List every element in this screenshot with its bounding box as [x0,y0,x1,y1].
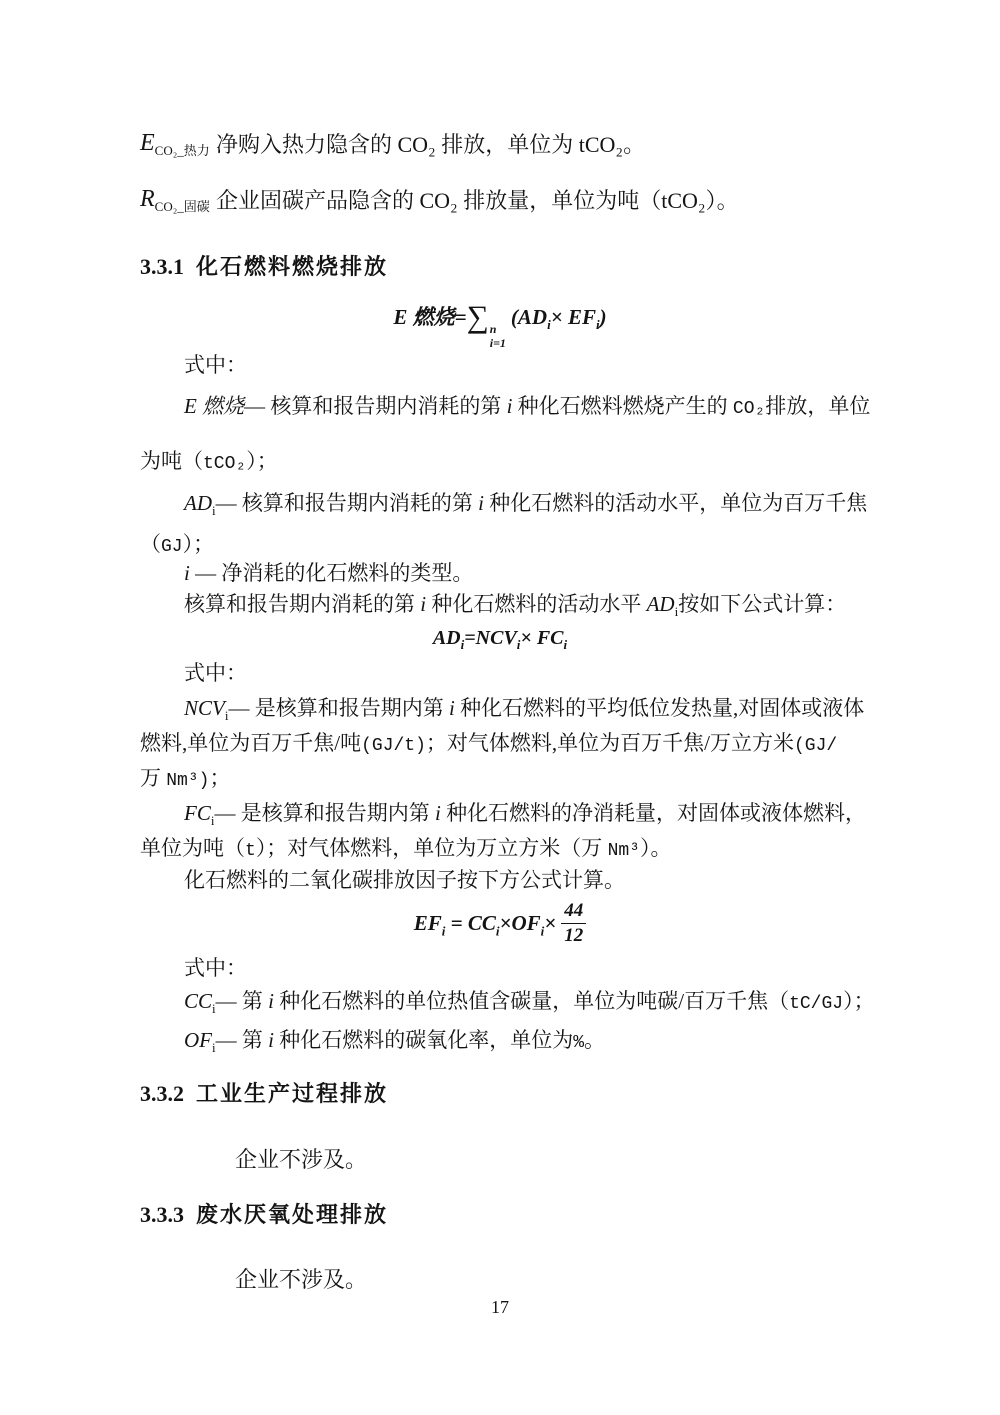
where-label: 式中： [140,954,908,982]
sigma-limits: ni=1 [490,323,506,351]
sigma-upper-limit: n [490,323,497,337]
fraction-numerator: 44 [561,900,586,924]
text-segment: 是核算和报告期内第 [255,696,449,720]
param-definition-ncv-line2: 燃料,单位为百万千焦/吨(GJ/t)；对气体燃料,单位为百万千焦/万立方米(GJ… [140,729,864,760]
term-subscript: CO₂_热力 [155,143,210,158]
param-definition-ncv-line3: 万 Nm³)； [140,764,864,795]
unit-nm3: Nm³ [608,841,640,861]
param-definition-cc: CCi— 第 i 种化石燃料的单位热值含碳量，单位为吨碳/百万千焦（tC/GJ）… [140,987,908,1023]
em-dash: — [216,1028,242,1052]
fraction-44-12: 4412 [561,900,586,947]
text-segment: 是核算和报告期内第 [241,801,435,825]
text-segment: 。 [584,1028,605,1052]
text-segment: ； [209,766,230,790]
param-definition-fc-line1: FCi— 是核算和报告期内第 i 种化石燃料的净消耗量，对固体或液体燃料， [140,799,908,835]
fraction-denominator: 12 [564,924,583,947]
unit-percent: % [573,1033,584,1053]
formula-lhs: E 燃烧 [393,305,454,329]
text-segment: 核算和报告期内消耗的第 [270,394,506,418]
term-symbol: R [140,186,155,212]
section-heading-3-3-1: 3.3.1化石燃料燃烧排放 [140,250,864,281]
text-segment: ）； [183,532,215,556]
param-definition-i: i — 净消耗的化石燃料的类型。 [140,559,908,587]
text-segment: ；对气体燃料,单位为百万千焦/万立方米 [426,731,794,755]
term-definition: 净购入热力隐含的 CO₂ 排放，单位为 tCO₂。 [216,128,645,159]
formula-term-ncv: NCV [476,627,517,649]
text-segment: 核算和报告期内消耗的第 [184,592,420,616]
term-row-r-carbon: RCO₂_固碳 企业固碳产品隐含的 CO₂ 排放量，单位为吨（tCO₂）。 [140,184,864,215]
param-definition-e-line1: E 燃烧— 核算和报告期内消耗的第 i 种化石燃料燃烧产生的 CO₂排放，单位 [140,392,908,423]
equals-sign: = [464,627,475,649]
heading-title: 工业生产过程排放 [196,1081,388,1106]
heading-number: 3.3.3 [140,1202,184,1227]
where-label: 式中： [140,659,908,687]
subscript-i: i [564,637,568,652]
unit-tco2: tCO₂ [203,454,246,474]
em-dash: — [228,696,254,720]
param-definition-ad-line1: ADi— 核算和报告期内消耗的第 i 种化石燃料的活动水平，单位为百万千焦 [140,489,908,525]
text-segment: ）；对气体燃料，单位为万立方米（万 [256,836,608,860]
formula-activity: ADi=NCVi× FCi [0,627,1000,653]
heading-title: 废水厌氧处理排放 [196,1202,388,1227]
heading-number: 3.3.1 [140,254,184,279]
term-symbol: E [140,130,155,156]
text-segment: ）； [843,989,875,1013]
term-row-e-heat: ECO₂_热力 净购入热力隐含的 CO₂ 排放，单位为 tCO₂。 [140,128,864,159]
param-definition-fc-line2: 单位为吨（t）；对气体燃料，单位为万立方米（万 Nm³）。 [140,834,864,865]
param-definition-e-line2: 为吨（tCO₂）； [140,447,864,478]
document-page: ECO₂_热力 净购入热力隐含的 CO₂ 排放，单位为 tCO₂。 RCO₂_固… [0,0,1000,1415]
param-definition-ncv-line1: NCVi— 是核算和报告期内第 i 种化石燃料的平均低位发热量,对固体或液体 [140,694,908,730]
section-body-3-3-3: 企业不涉及。 [235,1263,367,1294]
text-segment: 单位为吨（ [140,836,245,860]
text-segment: 排放，单位 [765,394,870,418]
formula-term-ad: AD [518,305,547,329]
text-segment: 核算和报告期内消耗的第 [242,491,478,515]
ef-intro-sentence: 化石燃料的二氧化碳排放因子按下方公式计算。 [140,866,908,894]
param-symbol: E 燃烧 [184,394,244,418]
formula-lhs: AD [433,627,461,649]
term-definition: 企业固碳产品隐含的 CO₂ 排放量，单位为吨（tCO₂）。 [216,184,739,215]
times-sign: × [544,911,556,935]
text-segment: 种化石燃料的单位热值含碳量，单位为吨碳/百万千焦（ [274,989,789,1013]
equals-sign: = [455,305,467,329]
text-segment: 燃料,单位为百万千焦/吨 [140,731,361,755]
text-segment: 化石燃料的二氧化碳排放因子按下方公式计算。 [184,868,625,892]
unit-gj-open: (GJ/ [794,736,837,756]
text-segment: 种化石燃料的活动水平，单位为百万千焦 [484,491,867,515]
em-dash: — [216,491,242,515]
section-heading-3-3-3: 3.3.3废水厌氧处理排放 [140,1198,864,1229]
sigma-lower-limit: i=1 [490,337,506,351]
formula-emission-factor: EFi = CCi×OFi×4412 [0,902,1000,949]
unit-gj-per-t: (GJ/t) [361,736,426,756]
paren-close: ) [600,305,607,329]
em-dash: — [216,989,242,1013]
formula-combustion: E 燃烧=∑ni=1(ADi× EFi) [0,296,1000,351]
times-sign: × [551,305,563,329]
unit-t: t [245,841,256,861]
where-text: 式中： [184,661,247,685]
page-number: 17 [0,1297,1000,1318]
where-text: 式中： [184,956,247,980]
text-segment: 种化石燃料的平均低位发热量,对固体或液体 [455,696,865,720]
times-sign: × [500,911,512,935]
em-dash: — [214,801,240,825]
unit-tc-per-gj: tC/GJ [789,994,843,1014]
equals-sign: = [445,911,467,935]
param-symbol: AD [184,491,212,515]
activity-level-sentence: 核算和报告期内消耗的第 i 种化石燃料的活动水平 ADi按如下公式计算： [140,590,908,626]
text-segment: 第 [242,989,268,1013]
where-label: 式中： [140,351,908,379]
text-segment: 为吨（ [140,449,203,473]
term-subscript: CO₂_固碳 [155,199,210,214]
text-segment: 种化石燃料燃烧产生的 [512,394,733,418]
sigma-symbol: ∑ [467,299,489,334]
text-segment: ）。 [640,836,672,860]
formula-term-of: OF [511,911,540,935]
heading-number: 3.3.2 [140,1081,184,1106]
formula-term-ef: EF [568,305,596,329]
param-symbol: OF [184,1028,212,1052]
unit-gj: GJ [161,537,183,557]
text-segment: 按如下公式计算： [678,592,846,616]
paren-open: ( [511,305,518,329]
times-sign: × [520,627,536,649]
unit-co2: CO₂ [733,399,765,419]
em-dash: — [195,561,221,585]
text-segment: （ [140,532,161,556]
section-heading-3-3-2: 3.3.2工业生产过程排放 [140,1077,864,1108]
where-text: 式中： [184,353,247,377]
param-symbol: i [184,561,190,585]
term-symbol-cell: ECO₂_热力 [140,130,216,159]
text-segment: 净消耗的化石燃料的类型。 [221,561,473,585]
section-body-3-3-2: 企业不涉及。 [235,1143,367,1174]
text-segment: 万 [140,766,166,790]
text-segment: ）； [246,449,278,473]
text-segment: 种化石燃料的碳氧化率，单位为 [274,1028,573,1052]
param-symbol: FC [184,801,211,825]
param-definition-ad-line2: （GJ）； [140,530,864,561]
formula-term-cc: CC [468,911,496,935]
param-symbol: NCV [184,696,225,720]
formula-lhs: EF [414,911,442,935]
formula-term-fc: FC [537,627,564,649]
unit-nm3: Nm³) [166,771,209,791]
param-symbol: AD [647,592,675,616]
text-segment: 第 [242,1028,268,1052]
param-definition-of: OFi— 第 i 种化石燃料的碳氧化率，单位为%。 [140,1026,908,1062]
term-symbol-cell: RCO₂_固碳 [140,186,216,215]
heading-title: 化石燃料燃烧排放 [196,254,388,279]
param-symbol: CC [184,989,212,1013]
text-segment: 种化石燃料的活动水平 [426,592,647,616]
em-dash: — [244,394,270,418]
text-segment: 种化石燃料的净消耗量，对固体或液体燃料， [441,801,866,825]
